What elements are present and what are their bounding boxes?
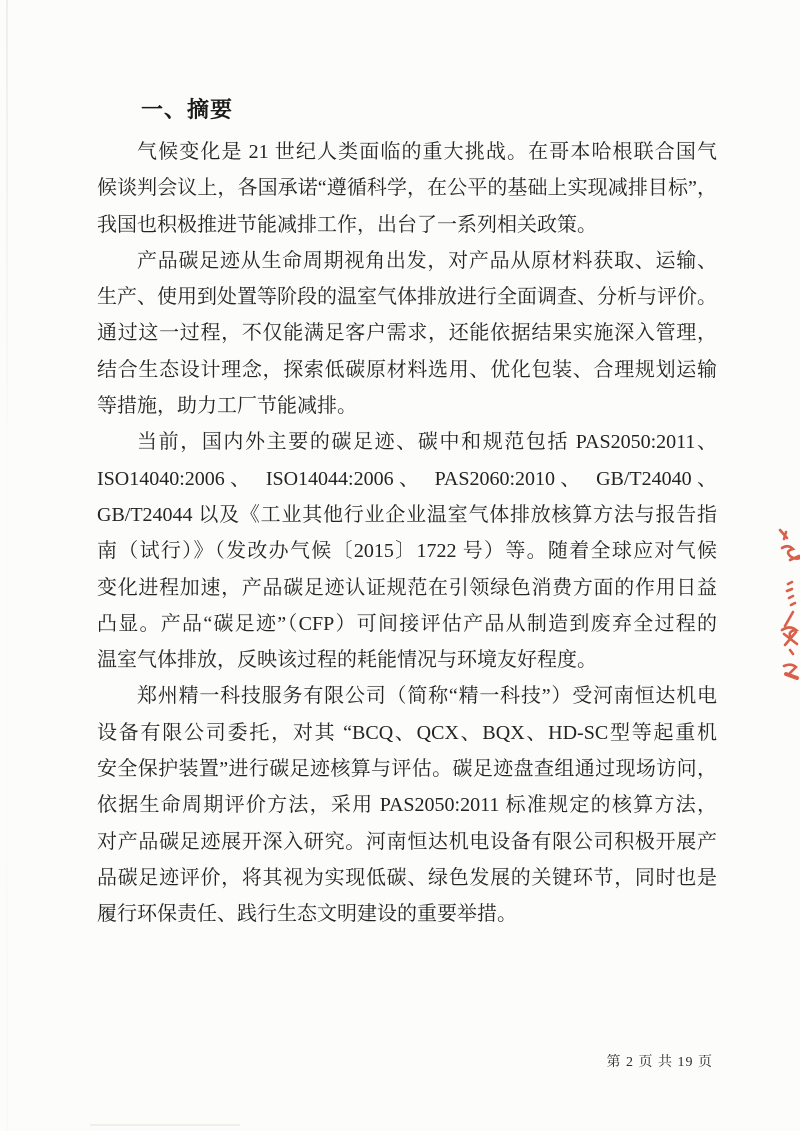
paragraph-line: 等措施，助力工厂节能减排。 xyxy=(97,388,717,424)
paragraph-line: 通过这一过程，不仅能满足客户需求，还能依据结果实施深入管理， xyxy=(97,315,717,351)
paragraph-line: ISO14040:2006、 ISO14044:2006、 PAS2060:20… xyxy=(97,461,717,497)
document-content: 一、摘要 气候变化是 21 世纪人类面临的重大挑战。在哥本哈根联合国气候谈判会议… xyxy=(97,88,717,933)
paragraph-line: 生产、使用到处置等阶段的温室气体排放进行全面调查、分析与评价。 xyxy=(97,279,717,315)
paragraph-line: 对产品碳足迹展开深入研究。河南恒达机电设备有限公司积极开展产 xyxy=(97,824,717,860)
paragraph-line: 产品碳足迹从生命周期视角出发，对产品从原材料获取、运输、 xyxy=(97,243,717,279)
scan-edge-bottom xyxy=(90,1124,240,1126)
paragraph-line: 凸显。产品“碳足迹”（CFP）可间接评估产品从制造到废弃全过程的 xyxy=(97,606,717,642)
red-handwriting-marks xyxy=(766,522,800,682)
paragraph-line: 依据生命周期评价方法，采用 PAS2050:2011 标准规定的核算方法， xyxy=(97,787,717,823)
paragraph-line: 品碳足迹评价，将其视为实现低碳、绿色发展的关键环节，同时也是 xyxy=(97,860,717,896)
paragraph-line: 郑州精一科技服务有限公司（简称“精一科技”）受河南恒达机电 xyxy=(97,678,717,714)
paragraph-line: GB/T24044 以及《工业其他行业企业温室气体排放核算方法与报告指 xyxy=(97,497,717,533)
paragraph-line: 设备有限公司委托，对其 “BCQ、QCX、BQX、HD-SC型等起重机 xyxy=(97,715,717,751)
paragraph-line: 安全保护装置”进行碳足迹核算与评估。碳足迹盘查组通过现场访问， xyxy=(97,751,717,787)
scan-edge-left xyxy=(6,0,8,1131)
paragraph-line: 当前，国内外主要的碳足迹、碳中和规范包括 PAS2050:2011、 xyxy=(97,424,717,460)
paragraph-line: 气候变化是 21 世纪人类面临的重大挑战。在哥本哈根联合国气 xyxy=(97,134,717,170)
paragraph-line: 南（试行）》（发改办气候〔2015〕1722 号）等。随着全球应对气候 xyxy=(97,533,717,569)
page-number: 第 2 页 共 19 页 xyxy=(607,1051,714,1071)
document-body: 气候变化是 21 世纪人类面临的重大挑战。在哥本哈根联合国气候谈判会议上，各国承… xyxy=(97,134,717,933)
paragraph-line: 变化进程加速，产品碳足迹认证规范在引领绿色消费方面的作用日益 xyxy=(97,570,717,606)
section-title: 一、摘要 xyxy=(97,88,717,132)
paragraph-line: 候谈判会议上，各国承诺“遵循科学，在公平的基础上实现减排目标”， xyxy=(97,170,717,206)
document-page: 一、摘要 气候变化是 21 世纪人类面临的重大挑战。在哥本哈根联合国气候谈判会议… xyxy=(0,0,800,1131)
paragraph-line: 履行环保责任、践行生态文明建设的重要举措。 xyxy=(97,896,717,932)
paragraph-line: 我国也积极推进节能减排工作，出台了一系列相关政策。 xyxy=(97,207,717,243)
paragraph-line: 结合生态设计理念，探索低碳原材料选用、优化包装、合理规划运输 xyxy=(97,352,717,388)
paragraph-line: 温室气体排放，反映该过程的耗能情况与环境友好程度。 xyxy=(97,642,717,678)
